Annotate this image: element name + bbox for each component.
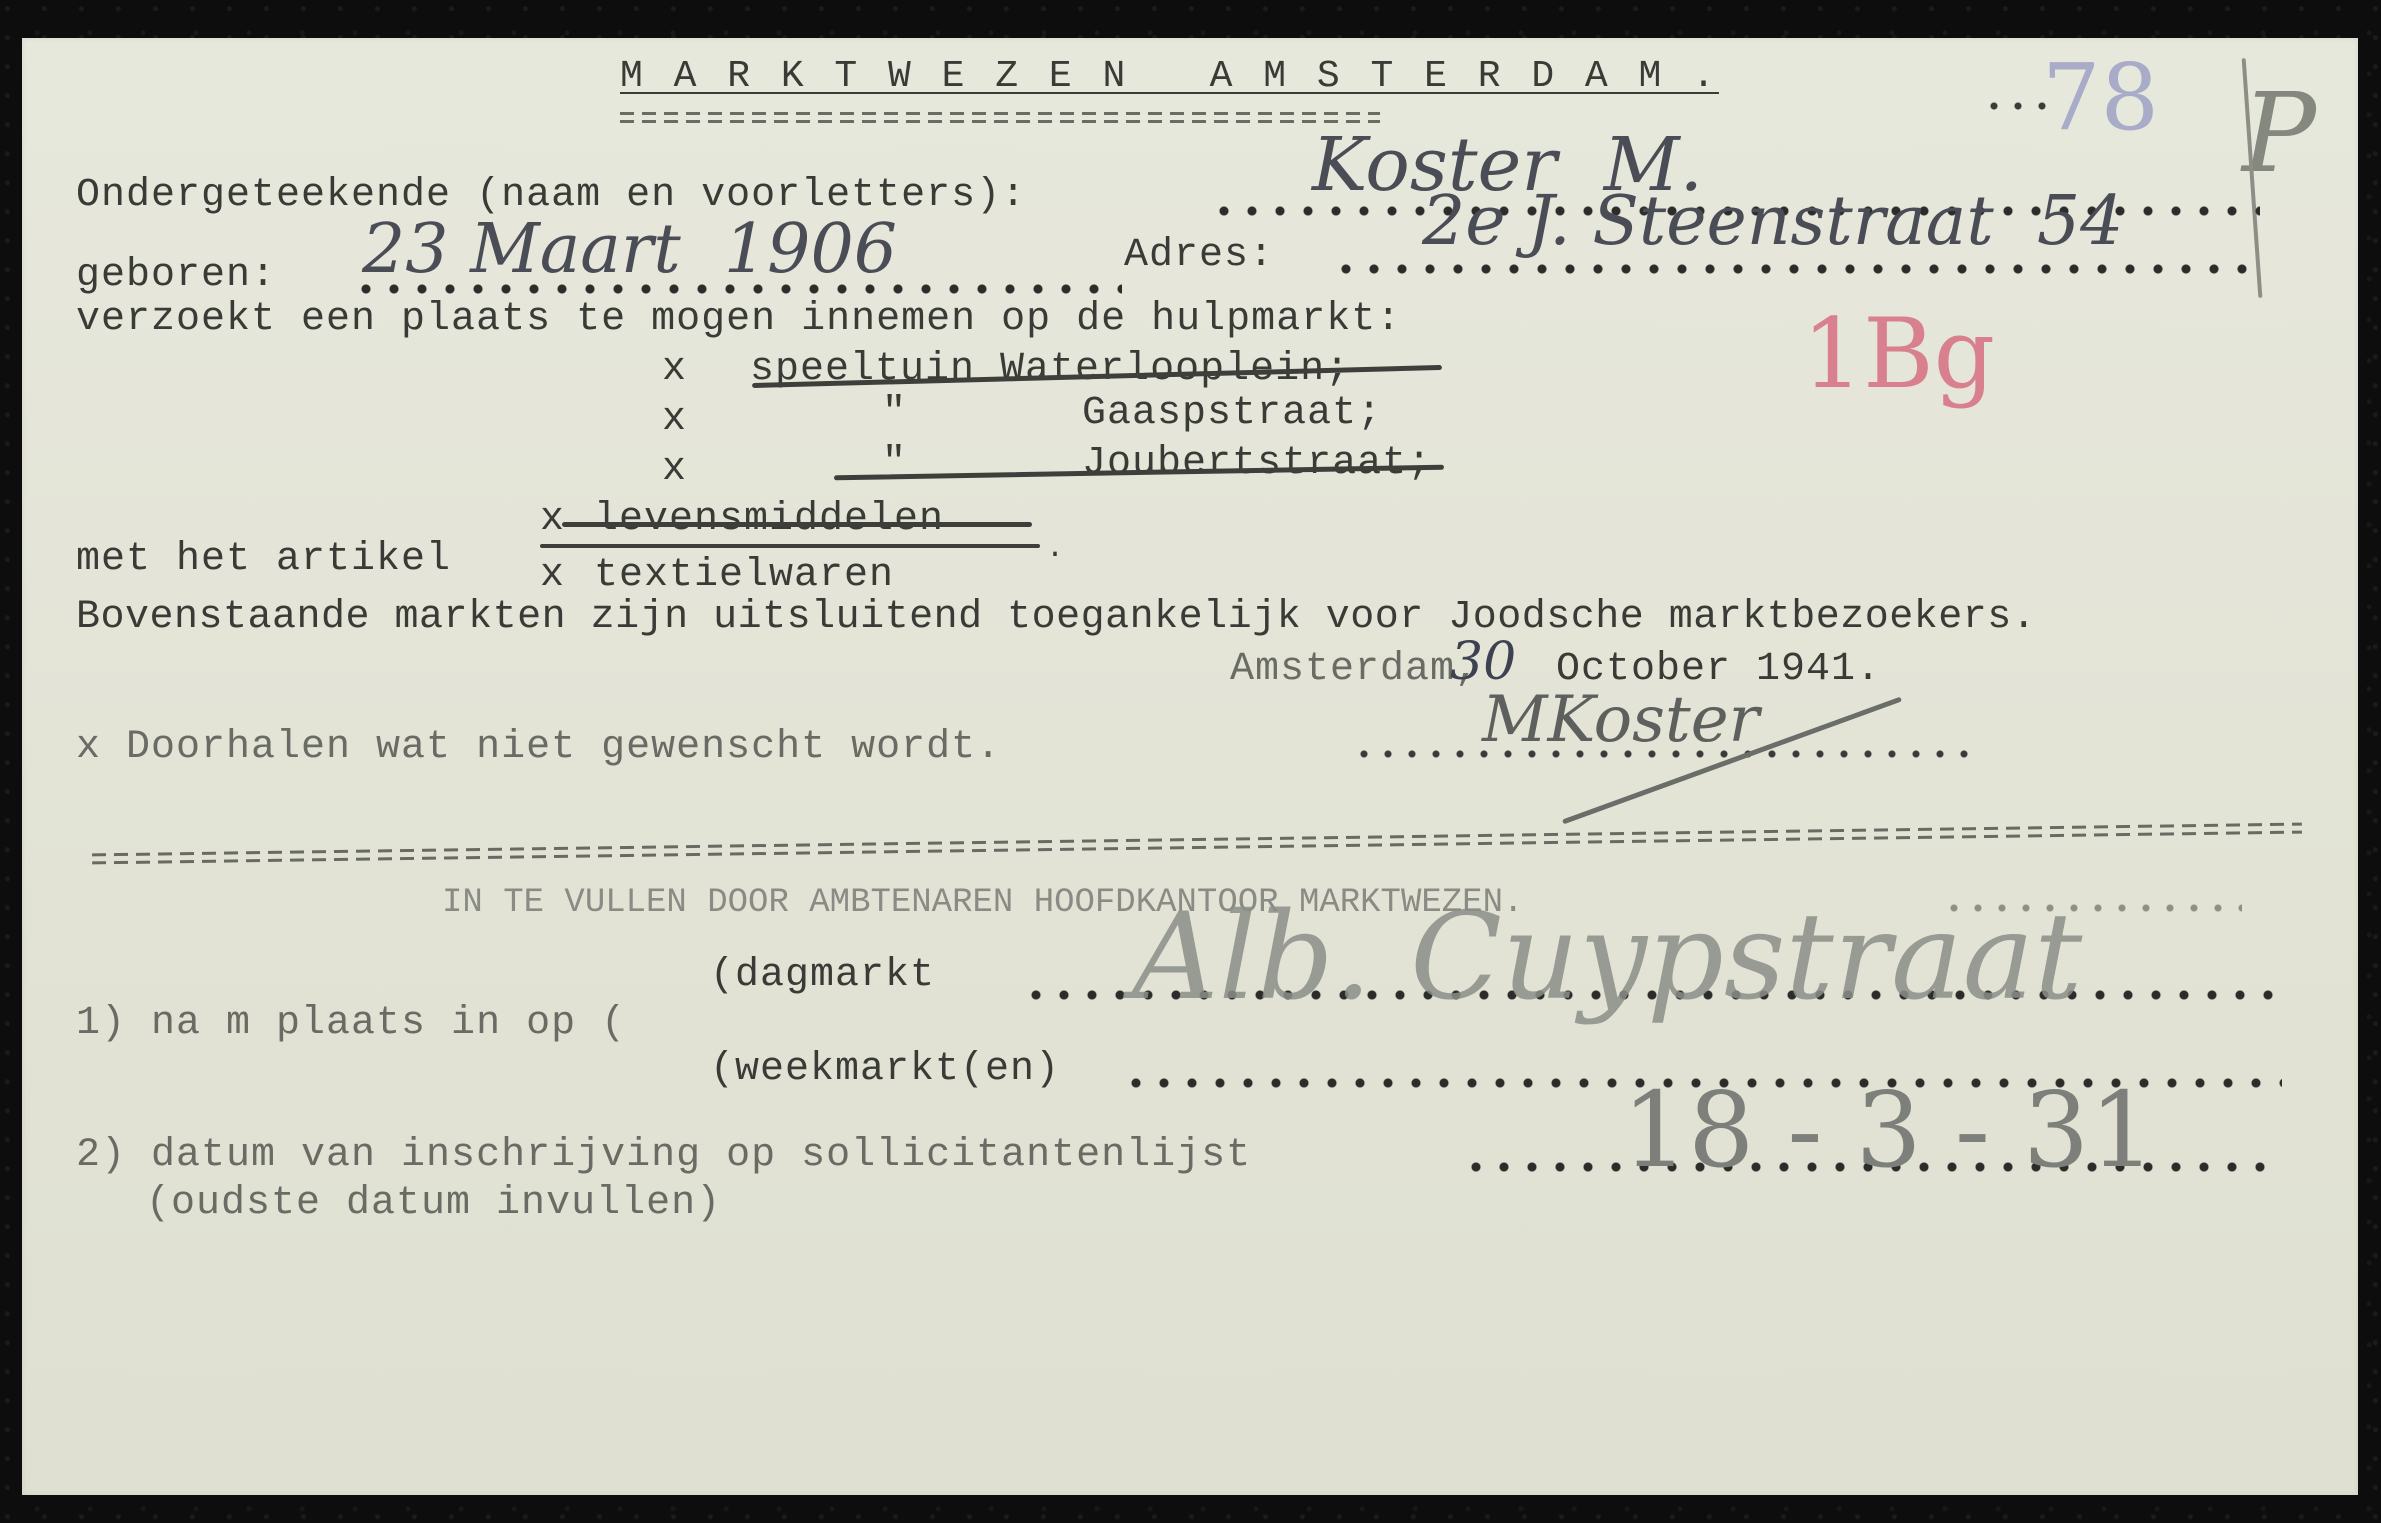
place-date-day-handwritten[interactable]: 30 <box>1450 636 1516 688</box>
item1-option-weekmarkt: (weekmarkt(en) <box>710 1050 1060 1090</box>
address-value-handwritten[interactable]: 2e J. Steenstraat 54 <box>1422 188 2123 256</box>
item1-option-dagmarkt: (dagmarkt <box>710 956 935 996</box>
market-mark: x <box>662 450 687 490</box>
article-option-textielwaren[interactable]: textielwaren <box>594 556 894 596</box>
section-double-rule <box>92 823 2302 866</box>
article-label: met het artikel <box>76 540 451 580</box>
notice-text: Bovenstaande markten zijn uitsluitend to… <box>76 598 2036 638</box>
signature-handwritten[interactable]: MKoster <box>1482 688 1759 752</box>
red-pencil-mark: 1Bg <box>1802 306 1995 402</box>
document-title: M A R K T W E Z E N A M S T E R D A M . <box>620 58 1719 96</box>
item2-label: 2) datum van inschrijving op sollicitant… <box>76 1136 1251 1176</box>
request-text: verzoekt een plaats te mogen innemen op … <box>76 300 1401 340</box>
item1-label: 1) na m plaats in op ( <box>76 1004 626 1044</box>
born-value-handwritten[interactable]: 23 Maart 1906 <box>362 216 897 284</box>
item2-handwritten-date[interactable]: 18 - 3 - 31 <box>1622 1078 2155 1182</box>
article-mark: x <box>540 500 565 540</box>
article-option-levensmiddelen[interactable]: levensmiddelen <box>594 500 944 540</box>
title-double-rule <box>620 112 1380 124</box>
fraction-rule <box>540 544 1040 548</box>
market-mark: x <box>662 350 687 390</box>
address-dotted-line <box>1332 264 2262 274</box>
address-label: Adres: <box>1124 236 1274 276</box>
market-mark: x <box>662 400 687 440</box>
item2-sublabel: (oudste datum invullen) <box>146 1184 721 1224</box>
article-period: . <box>1046 534 1065 564</box>
strikethrough-line <box>562 522 1032 527</box>
market-option-gaaspstraat[interactable]: " Gaaspstraat; <box>882 394 1382 434</box>
born-label: geboren: <box>76 256 276 296</box>
blue-pencil-number: 78 <box>2042 52 2159 144</box>
article-mark: x <box>540 556 565 596</box>
footnote-text: x Doorhalen wat niet gewenscht wordt. <box>76 728 1001 768</box>
item1-handwritten-market[interactable]: Alb. Cuypstraat <box>1132 898 2082 1018</box>
form-paper: M A R K T W E Z E N A M S T E R D A M . … <box>22 38 2358 1495</box>
place-date-prefix: Amsterdam, <box>1230 650 1480 690</box>
